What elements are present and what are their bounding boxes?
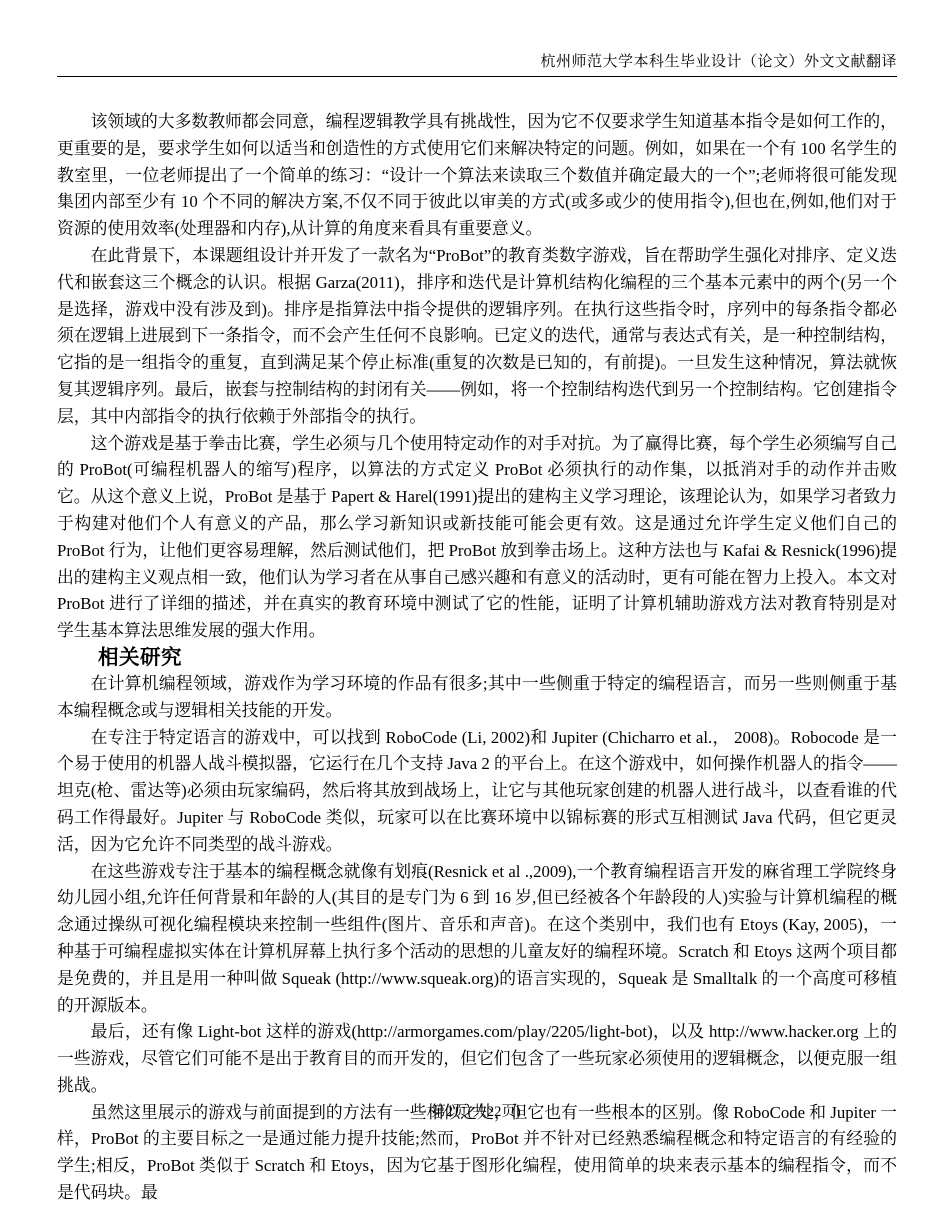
- paragraph-intro-challenge: 该领域的大多数教师都会同意，编程逻辑教学具有挑战性，因为它不仅要求学生知道基本指…: [57, 109, 897, 243]
- header-title: 杭州师范大学本科生毕业设计（论文）外文文献翻译: [540, 54, 897, 70]
- document-page: 杭州师范大学本科生毕业设计（论文）外文文献翻译 该领域的大多数教师都会同意，编程…: [0, 0, 952, 1232]
- paragraph-related-work-intro: 在计算机编程领域，游戏作为学习环境的作品有很多;其中一些侧重于特定的编程语言，而…: [57, 671, 897, 725]
- paragraph-probot-background: 在此背景下，本课题组设计并开发了一款名为“ProBot”的教育类数字游戏，旨在帮…: [57, 243, 897, 431]
- header-divider: [57, 76, 897, 77]
- paragraph-boxing-game: 这个游戏是基于拳击比赛，学生必须与几个使用特定动作的对手对抗。为了赢得比赛，每个…: [57, 431, 897, 645]
- paragraph-robocode-jupiter: 在专注于特定语言的游戏中，可以找到 RoboCode (Li, 2002)和 J…: [57, 725, 897, 859]
- page-number: 第2页(共22页): [431, 1104, 520, 1120]
- document-body: 该领域的大多数教师都会同意，编程逻辑教学具有挑战性，因为它不仅要求学生知道基本指…: [57, 109, 897, 1207]
- page-footer: 第2页(共22页): [0, 1100, 952, 1121]
- paragraph-lightbot: 最后，还有像 Light-bot 这样的游戏(http://armorgames…: [57, 1019, 897, 1099]
- page-header: 杭州师范大学本科生毕业设计（论文）外文文献翻译: [57, 50, 897, 71]
- paragraph-scratch-etoys: 在这些游戏专注于基本的编程概念就像有划痕(Resnick et al .,200…: [57, 859, 897, 1020]
- section-heading-related-work: 相关研究: [57, 645, 897, 671]
